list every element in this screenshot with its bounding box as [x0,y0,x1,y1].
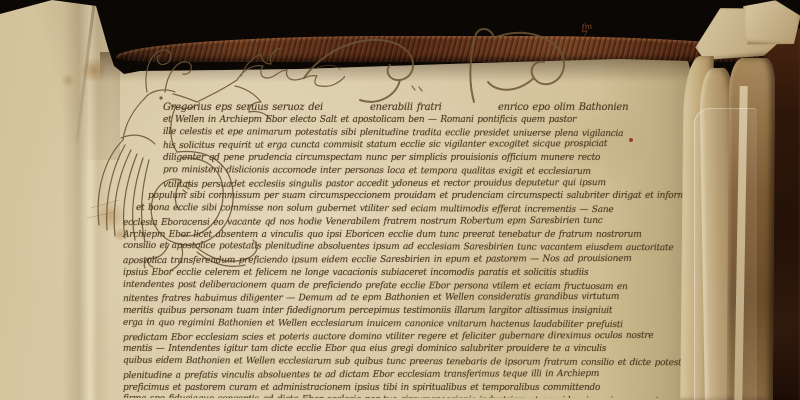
manuscript-line: enrico epo olim Bathonien [498,102,628,113]
manuscript-line: mentis — Intendentes igitur tam dicte ec… [123,344,606,354]
text-block: Gregorius eps seruus seruoz deienerabili… [108,92,684,398]
manuscript-line: Gregorius eps seruus seruoz dei [163,102,323,113]
manuscript-line: predictam Ebor ecclesiam scies et poteri… [123,330,653,342]
stain [60,74,76,87]
manuscript-line: his solicitus requirit ut erga cuncta co… [163,139,607,151]
manuscript-line: plenitudine a prefatis vinculis absoluen… [123,369,599,381]
manuscript-line: Archiepm Ebor licet absentem a vinculis … [123,230,641,240]
manuscript-line: vtilitatis persuadet ecclesiis singulis … [163,178,606,190]
manuscript-line: preficimus et pastorem curam et administ… [123,383,600,393]
manuscript-line: populum sibi commissum per suam circumsp… [148,191,684,201]
manuscript-line: ipsius Ebor ecclie celerem et felicem ne… [123,268,588,278]
stain [80,58,108,82]
manuscript-line: meritis quibus personam tuam inter fided… [123,306,612,316]
manuscript-line: et Wellen in Archiepm Ebor electo Salt e… [163,115,576,125]
acrylic-weight-strip [694,108,757,400]
red-ink-dot [629,138,633,142]
manuscript-line: nitentes fratres habuimus diligenter — D… [123,292,619,304]
manuscript-line: firma spe fiduciaque conceptis qd dicta … [123,394,672,398]
manuscript-line: pro ministerii dislicionis accomode inte… [163,165,591,177]
folio-mark: fm 7 [581,20,613,38]
leather-binding-edge [116,36,792,62]
manuscript-photo: Gregorius eps seruus seruoz deienerabili… [0,0,800,400]
manuscript-line: ecclesia Eboracensi eo vacante qd nos ho… [123,216,603,228]
manuscript-line: et bona ecclie sibi commisse non solum g… [136,203,613,215]
manuscript-line: quibus eidem Bathonien et Wellen ecclesi… [123,356,684,369]
manuscript-line: ille celestis et epe animarum potestatis… [163,126,623,138]
manuscript-line: diligenter qd pene prudencia circumspect… [163,153,600,163]
manuscript-line: intendentes post deliberacionem quam de … [123,279,628,291]
page-corner-tip [740,0,800,48]
manuscript-line: enerabili fratri [370,102,442,113]
manuscript-line: apostolica transferendum preficiendo ips… [123,254,632,266]
manuscript-line: erga in quo regimini Bathonien et Wellen… [123,318,623,330]
manuscript-line: consilio et apostolice potestatis plenit… [123,241,674,253]
leather-grain-texture [116,36,792,62]
